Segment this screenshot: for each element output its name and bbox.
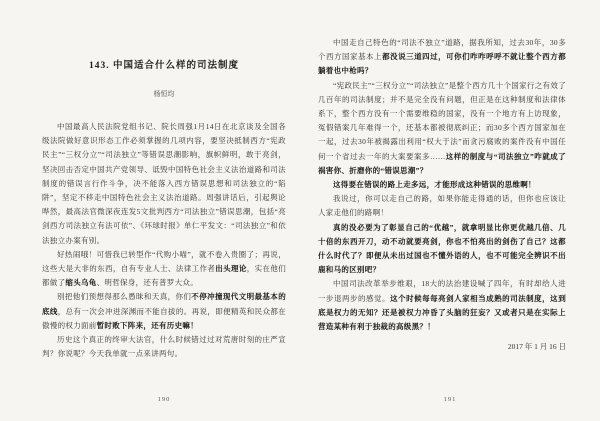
paragraph: 我说过，你可以走自己的路，如果你能走得通的话，但你也应该让人家走他们的路啊！	[318, 192, 566, 220]
paragraph: 中国司法改革举步维艰，18大的法治建设喊了四年，有时却给人进一步退两步的感觉。这…	[318, 277, 566, 334]
paragraph: “宪政民主”“三权分立”“司法独立”是整个西方几十个国家行之有效了几百年的司法制…	[318, 79, 566, 178]
paragraph: 这得要在错误的路上走多远，才能形成这种错误的思维啊！	[318, 178, 566, 192]
essay-date: 2017 年 1 月 16 日	[318, 340, 566, 354]
emphasis-run: 这得要在错误的路上走多远，才能形成这种错误的思维啊！	[333, 180, 536, 189]
paragraph: 别把他们预想得那么愚昧和天真，你们不停冲撞现代文明最基本的底线，总有一次会冲进深…	[42, 290, 286, 333]
text-run: 别把他们预想得那么愚昧和天真，你们	[57, 292, 191, 301]
text-run: 历史这个真正的终审大法官，什么时候错过过对荒唐时刻的庄严宣判？你说呢？今天我单就…	[42, 335, 286, 358]
text-run: 中国最高人民法院党组书记、院长周强1月14日在北京谈及全国各级法院做好意识形态工…	[42, 122, 286, 245]
paragraph: 真的没必要为了彰显自己的“优越”，就拿明显比你更优越几倍、几十倍的东西开刀，动不…	[318, 221, 566, 278]
text-run: 我说过，你可以走自己的路，如果你能走得通的话，但你也应该让人家走他们的路啊！	[318, 194, 566, 217]
essay-author: 杨恒均	[42, 89, 286, 99]
page-right: 中国走自己特色的“司法不独立”道路，据我所知，过去30年，30多个西方国家基本上…	[300, 0, 600, 421]
paragraph: 中国走自己特色的“司法不独立”道路，据我所知，过去30年，30多个西方国家基本上…	[318, 36, 566, 79]
text-run: “宪政民主”“三权分立”“司法独立”是整个西方几十个国家行之有效了几百年的司法制…	[318, 81, 566, 161]
page-number-right: 191	[300, 396, 600, 403]
book-spread: 143. 中国适合什么样的司法制度 杨恒均 中国最高人民法院党组书记、院长周强1…	[0, 0, 600, 421]
page-left: 143. 中国适合什么样的司法制度 杨恒均 中国最高人民法院党组书记、院长周强1…	[0, 0, 300, 421]
text-run: 、明哲保身，还有普罗大众。	[97, 278, 198, 287]
page-number-left: 190	[28, 396, 300, 403]
essay-title: 143. 中国适合什么样的司法制度	[42, 60, 286, 72]
paragraph: 中国最高人民法院党组书记、院长周强1月14日在北京谈及全国各级法院做好意识形态工…	[42, 120, 286, 248]
emphasis-run: 暂时败下阵来，还有历史嘛！	[97, 321, 198, 330]
paragraph: 好热闹哦！可惜我已转型作“代购小喵”，就不卷入贵圈了；再说，这些大是大非的东西，…	[42, 248, 286, 291]
paragraph: 历史这个真正的终审大法官，什么时候错过过对荒唐时刻的庄严宣判？你说呢？今天我单就…	[42, 333, 286, 361]
emphasis-run: 缩头乌龟	[65, 278, 96, 287]
right-page-body: 中国走自己特色的“司法不独立”道路，据我所知，过去30年，30多个西方国家基本上…	[318, 36, 566, 334]
left-page-body: 中国最高人民法院党组书记、院长周强1月14日在北京谈及全国各级法院做好意识形态工…	[42, 120, 286, 361]
emphasis-run: 出头理论	[215, 264, 247, 273]
emphasis-run: 真的没必要为了彰显自己的“优越”，就拿明显比你更优越几倍、几十倍的东西开刀，动不…	[318, 223, 566, 275]
